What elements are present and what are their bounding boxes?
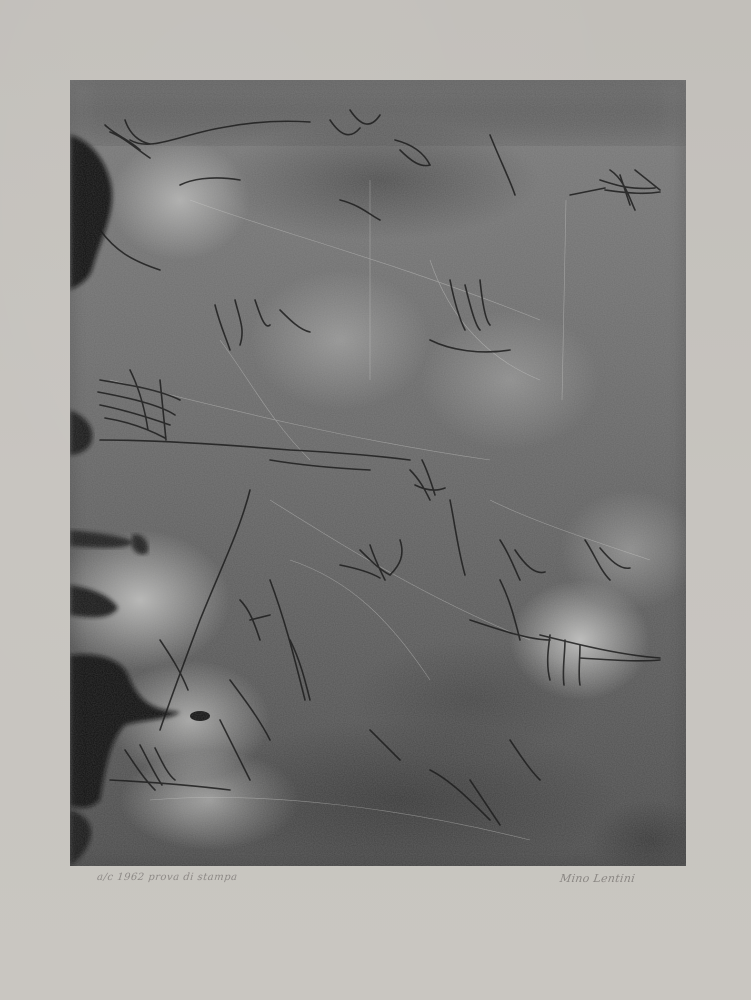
artist-signature: Mino Lentini [559, 872, 636, 885]
edition-inscription: a/c 1962 prova di stampa [96, 872, 238, 883]
print-image [70, 80, 686, 866]
lithograph-print [70, 80, 686, 866]
